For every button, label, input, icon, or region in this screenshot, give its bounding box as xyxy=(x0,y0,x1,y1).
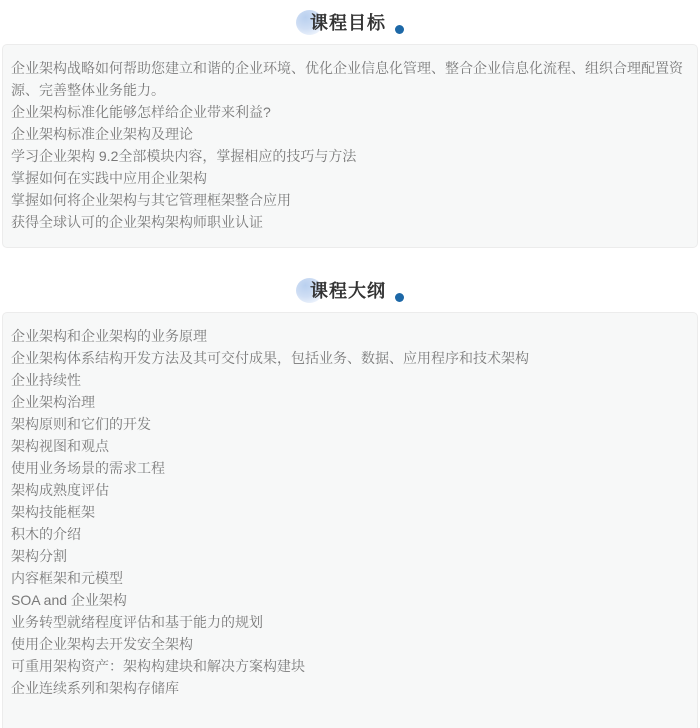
course-outline-item: 企业架构和企业架构的业务原理 xyxy=(11,325,687,347)
course-outline-item: 企业架构治理 xyxy=(11,391,687,413)
section-title: 课程大纲 xyxy=(310,277,386,303)
course-outline-item: 使用企业架构去开发安全架构 xyxy=(11,633,687,655)
course-info-page: 课程目标 企业架构战略如何帮助您建立和谐的企业环境、优化企业信息化管理、整合企业… xyxy=(0,0,700,728)
course-outline-box: 企业架构和企业架构的业务原理 企业架构体系结构开发方法及其可交付成果，包括业务、… xyxy=(2,312,698,728)
course-outline-item: 架构技能框架 xyxy=(11,501,687,523)
dot-decoration-icon xyxy=(395,293,404,302)
course-outline-item: 企业架构体系结构开发方法及其可交付成果，包括业务、数据、应用程序和技术架构 xyxy=(11,347,687,369)
section-title: 课程目标 xyxy=(310,9,386,35)
course-outline-item: 业务转型就绪程度评估和基于能力的规划 xyxy=(11,611,687,633)
course-outline-item: 架构分割 xyxy=(11,545,687,567)
course-outline-item: 企业连续系列和架构存储库 xyxy=(11,677,687,699)
course-objective-item: 企业架构战略如何帮助您建立和谐的企业环境、优化企业信息化管理、整合企业信息化流程… xyxy=(11,57,687,101)
section-gap xyxy=(0,248,700,274)
section-header-course-outline: 课程大纲 xyxy=(0,274,700,306)
course-objective-item: 企业架构标准企业架构及理论 xyxy=(11,123,687,145)
course-outline-item: 架构视图和观点 xyxy=(11,435,687,457)
course-outline-item: SOA and 企业架构 xyxy=(11,589,687,611)
course-outline-item: 架构原则和它们的开发 xyxy=(11,413,687,435)
course-objective-item: 获得全球认可的企业架构架构师职业认证 xyxy=(11,211,687,233)
course-outline-item: 积木的介绍 xyxy=(11,523,687,545)
course-outline-item: 架构成熟度评估 xyxy=(11,479,687,501)
course-objective-item: 掌握如何将企业架构与其它管理框架整合应用 xyxy=(11,189,687,211)
course-objective-item: 学习企业架构 9.2全部模块内容，掌握相应的技巧与方法 xyxy=(11,145,687,167)
course-outline-item: 内容框架和元模型 xyxy=(11,567,687,589)
course-objective-item: 掌握如何在实践中应用企业架构 xyxy=(11,167,687,189)
course-objectives-box: 企业架构战略如何帮助您建立和谐的企业环境、优化企业信息化管理、整合企业信息化流程… xyxy=(2,44,698,248)
course-objective-item: 企业架构标准化能够怎样给企业带来利益? xyxy=(11,101,687,123)
dot-decoration-icon xyxy=(395,25,404,34)
section-header-course-objectives: 课程目标 xyxy=(0,6,700,38)
course-outline-item: 企业持续性 xyxy=(11,369,687,391)
course-outline-item: 可重用架构资产：架构构建块和解决方案构建块 xyxy=(11,655,687,677)
course-outline-item: 使用业务场景的需求工程 xyxy=(11,457,687,479)
